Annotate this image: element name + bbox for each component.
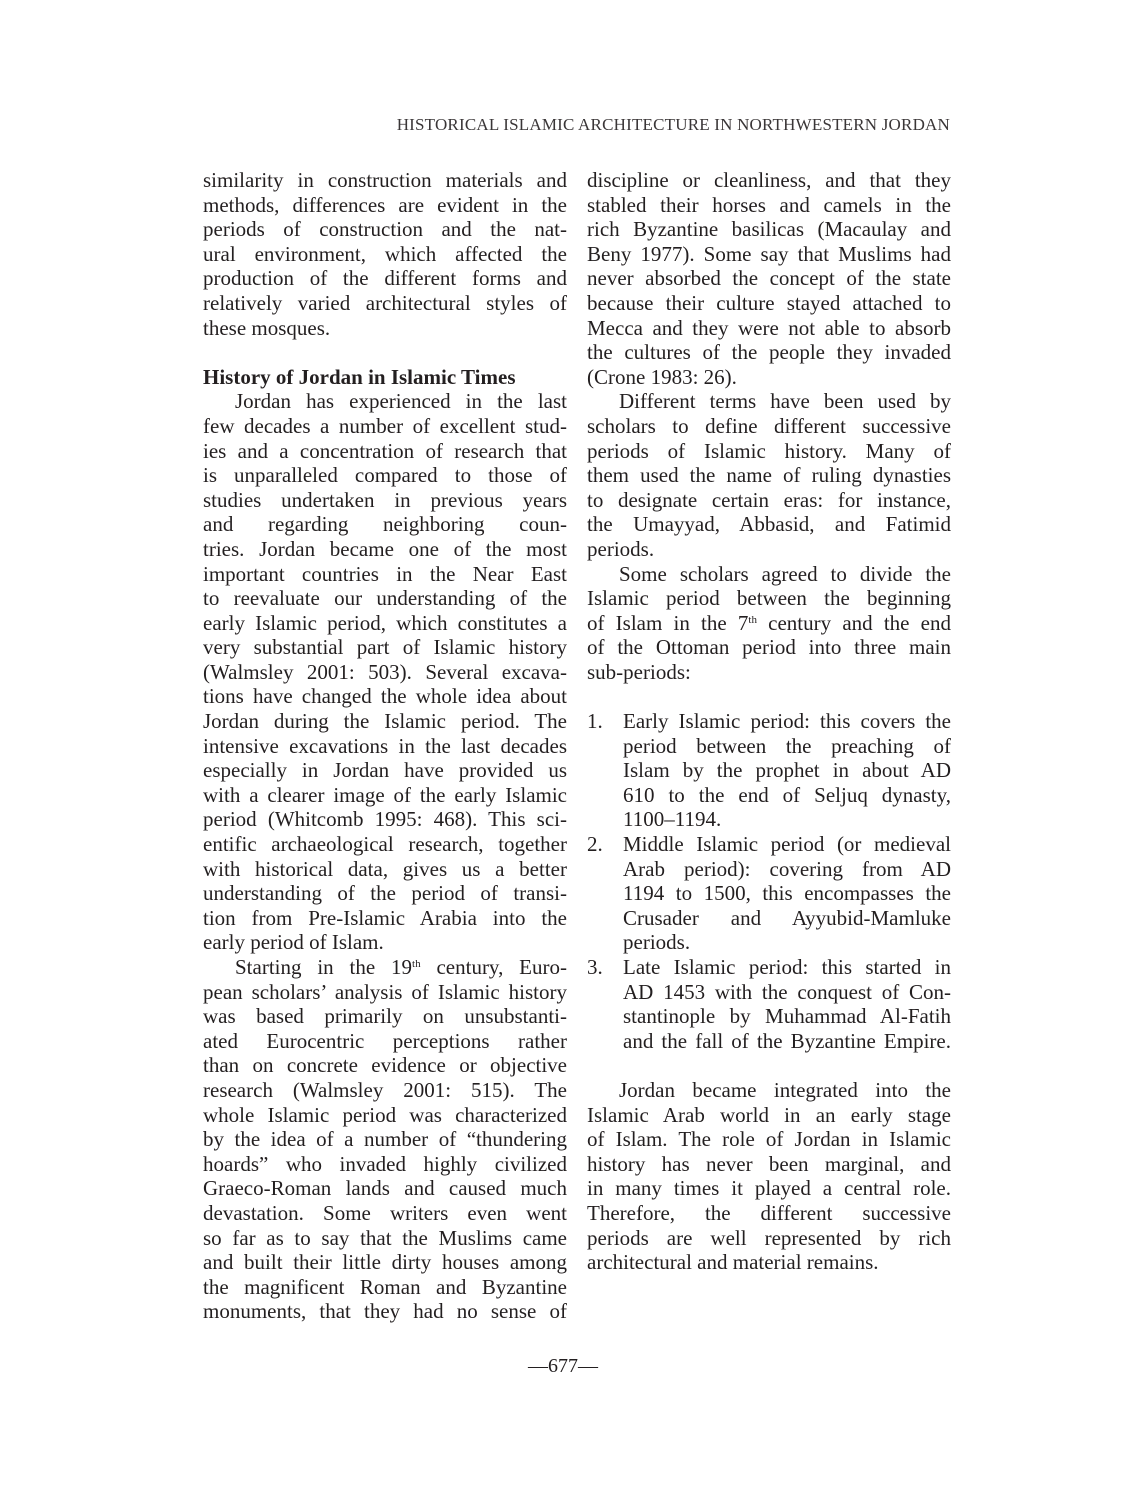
- text-line: hoards” who invaded highly civilized: [203, 1152, 567, 1177]
- text-line: entific archaeological research, togethe…: [203, 832, 567, 857]
- text-line: very substantial part of Islamic history: [203, 635, 567, 660]
- text-line: Beny 1977). Some say that Muslims had: [587, 242, 951, 267]
- text-line: whole Islamic period was characterized: [203, 1103, 567, 1128]
- superscript: th: [748, 614, 757, 626]
- text-line: periods of Islamic history. Many of: [587, 439, 951, 464]
- text-line: Therefore, the different successive: [587, 1201, 951, 1226]
- text-line: and built their little dirty houses amon…: [203, 1250, 567, 1275]
- paragraph-gap: [587, 684, 951, 709]
- list-item-early-islamic: 1. Early Islamic period: this covers the…: [587, 709, 951, 832]
- text-line: to designate certain eras: for instance,: [587, 488, 951, 513]
- text-line: AD 1453 with the conquest of Con-: [587, 980, 951, 1005]
- text-line: with historical data, gives us a better: [203, 857, 567, 882]
- text-line: (Crone 1983: 26).: [587, 365, 951, 390]
- text-line: Crusader and Ayyubid-Mamluke: [587, 906, 951, 931]
- text-line: ated Eurocentric perceptions rather: [203, 1029, 567, 1054]
- text-line: discipline or cleanliness, and that they: [587, 168, 951, 193]
- text-line: Early Islamic period: this covers the: [587, 709, 951, 734]
- paragraph-gap: [203, 340, 567, 365]
- text-line: relatively varied architectural styles o…: [203, 291, 567, 316]
- text-line: Different terms have been used by: [587, 389, 951, 414]
- text-line: Late Islamic period: this started in: [587, 955, 951, 980]
- text-line: the magnificent Roman and Byzantine: [203, 1275, 567, 1300]
- text-line: and regarding neighboring coun-: [203, 512, 567, 537]
- paragraph-different-terms: Different terms have been used by schola…: [587, 389, 951, 561]
- text-line: early Islamic period, which constitutes …: [203, 611, 567, 636]
- text-line: ural environment, which affected the: [203, 242, 567, 267]
- list-item-middle-islamic: 2. Middle Islamic period (or medieval Ar…: [587, 832, 951, 955]
- text-line: Some scholars agreed to divide the: [587, 562, 951, 587]
- section-heading: History of Jordan in Islamic Times: [203, 365, 567, 390]
- text-line: understanding of the period of transi-: [203, 881, 567, 906]
- text-line: methods, differences are evident in the: [203, 193, 567, 218]
- text-line: important countries in the Near East: [203, 562, 567, 587]
- text-line: research (Walmsley 2001: 515). The: [203, 1078, 567, 1103]
- text-line: the cultures of the people they invaded: [587, 340, 951, 365]
- text-fragment: of Islam in the 7: [587, 611, 748, 635]
- text-line: to reevaluate our understanding of the: [203, 586, 567, 611]
- right-column: discipline or cleanliness, and that they…: [587, 168, 951, 1275]
- text-line: these mosques.: [203, 316, 567, 341]
- text-line: Mecca and they were not able to absorb: [587, 316, 951, 341]
- text-line: tions have changed the whole idea about: [203, 684, 567, 709]
- text-line: Islamic period between the beginning: [587, 586, 951, 611]
- text-line: devastation. Some writers even went: [203, 1201, 567, 1226]
- running-head: HISTORICAL ISLAMIC ARCHITECTURE IN NORTH…: [397, 115, 950, 135]
- paragraph-closing: Jordan became integrated into the Islami…: [587, 1078, 951, 1275]
- text-line: of Islam in the 7th century and the end: [587, 611, 951, 636]
- list-item-late-islamic: 3. Late Islamic period: this started in …: [587, 955, 951, 1053]
- text-line: Jordan during the Islamic period. The: [203, 709, 567, 734]
- text-line: tion from Pre-Islamic Arabia into the: [203, 906, 567, 931]
- text-line: monuments, that they had no sense of: [203, 1299, 567, 1324]
- text-line: Islamic Arab world in an early stage: [587, 1103, 951, 1128]
- text-line: never absorbed the concept of the state: [587, 266, 951, 291]
- page-number: —677—: [0, 1355, 1126, 1378]
- text-line: period (Whitcomb 1995: 468). This sci-: [203, 807, 567, 832]
- text-fragment: century, Euro-: [421, 955, 567, 979]
- text-line: periods are well represented by rich: [587, 1226, 951, 1251]
- text-line: Jordan became integrated into the: [587, 1078, 951, 1103]
- text-line: so far as to say that the Muslims came: [203, 1226, 567, 1251]
- superscript: th: [412, 958, 421, 970]
- text-line: 1100–1194.: [587, 807, 951, 832]
- paragraph-continuation: discipline or cleanliness, and that they…: [587, 168, 951, 389]
- text-line: Jordan has experienced in the last: [203, 389, 567, 414]
- text-line: pean scholars’ analysis of Islamic histo…: [203, 980, 567, 1005]
- text-line: Islam by the prophet in about AD: [587, 758, 951, 783]
- text-line: 1194 to 1500, this encompasses the: [587, 881, 951, 906]
- paragraph-jordan-studies: Jordan has experienced in the last few d…: [203, 389, 567, 955]
- text-line: of the Ottoman period into three main: [587, 635, 951, 660]
- text-line: than on concrete evidence or objective: [203, 1053, 567, 1078]
- text-fragment: century and the end: [757, 611, 951, 635]
- text-line: rich Byzantine basilicas (Macaulay and: [587, 217, 951, 242]
- text-line: Starting in the 19th century, Euro-: [203, 955, 567, 980]
- text-line: 610 to the end of Seljuq dynasty,: [587, 783, 951, 808]
- text-line: the Umayyad, Abbasid, and Fatimid: [587, 512, 951, 537]
- text-line: architectural and material remains.: [587, 1250, 951, 1275]
- text-line: scholars to define different successive: [587, 414, 951, 439]
- text-line: similarity in construction materials and: [203, 168, 567, 193]
- text-line: production of the different forms and: [203, 266, 567, 291]
- sub-periods-list: 1. Early Islamic period: this covers the…: [587, 709, 951, 1053]
- list-number: 1.: [587, 709, 603, 734]
- text-line: periods.: [587, 537, 951, 562]
- text-line: in many times it played a central role.: [587, 1176, 951, 1201]
- text-line: them used the name of ruling dynasties: [587, 463, 951, 488]
- text-line: studies undertaken in previous years: [203, 488, 567, 513]
- text-line: was based primarily on unsubstanti-: [203, 1004, 567, 1029]
- text-line: sub-periods:: [587, 660, 951, 685]
- paragraph-gap: [587, 1053, 951, 1078]
- text-line: because their culture stayed attached to: [587, 291, 951, 316]
- text-line: early period of Islam.: [203, 930, 567, 955]
- paragraph-european-scholars: Starting in the 19th century, Euro- pean…: [203, 955, 567, 1324]
- text-line: with a clearer image of the early Islami…: [203, 783, 567, 808]
- text-line: period between the preaching of: [587, 734, 951, 759]
- text-line: stabled their horses and camels in the: [587, 193, 951, 218]
- text-line: ies and a concentration of research that: [203, 439, 567, 464]
- text-line: Arab period): covering from AD: [587, 857, 951, 882]
- text-line: Middle Islamic period (or medieval: [587, 832, 951, 857]
- text-line: by the idea of a number of “thundering: [203, 1127, 567, 1152]
- text-line: intensive excavations in the last decade…: [203, 734, 567, 759]
- text-line: few decades a number of excellent stud-: [203, 414, 567, 439]
- text-line: (Walmsley 2001: 503). Several excava-: [203, 660, 567, 685]
- text-line: is unparalleled compared to those of: [203, 463, 567, 488]
- text-line: tries. Jordan became one of the most: [203, 537, 567, 562]
- left-column: similarity in construction materials and…: [203, 168, 567, 1324]
- text-line: especially in Jordan have provided us: [203, 758, 567, 783]
- text-line: history has never been marginal, and: [587, 1152, 951, 1177]
- paragraph-sub-periods-intro: Some scholars agreed to divide the Islam…: [587, 562, 951, 685]
- text-fragment: Starting in the 19: [235, 955, 412, 979]
- intro-paragraph: similarity in construction materials and…: [203, 168, 567, 340]
- list-number: 2.: [587, 832, 603, 857]
- text-line: periods of construction and the nat-: [203, 217, 567, 242]
- text-line: and the fall of the Byzantine Empire.: [587, 1029, 951, 1054]
- text-line: Graeco-Roman lands and caused much: [203, 1176, 567, 1201]
- text-line: periods.: [587, 930, 951, 955]
- text-line: stantinople by Muhammad Al-Fatih: [587, 1004, 951, 1029]
- text-line: of Islam. The role of Jordan in Islamic: [587, 1127, 951, 1152]
- list-number: 3.: [587, 955, 603, 980]
